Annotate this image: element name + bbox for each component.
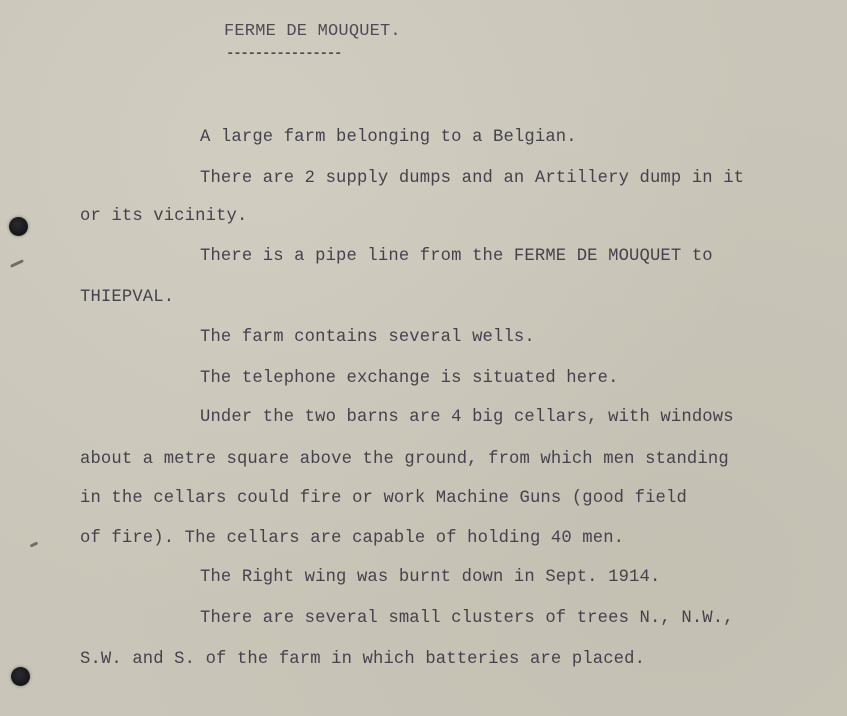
- punch-hole-top: [9, 217, 28, 236]
- document-title: FERME DE MOUQUET.: [224, 22, 401, 41]
- text-line: of fire). The cellars are capable of hol…: [80, 529, 624, 548]
- paper-mark: [10, 259, 24, 268]
- text-line: Under the two barns are 4 big cellars, w…: [200, 408, 734, 427]
- text-line: about a metre square above the ground, f…: [80, 450, 729, 469]
- text-line: There are 2 supply dumps and an Artiller…: [200, 169, 744, 188]
- title-underline: ----------------: [226, 46, 341, 62]
- document-page: FERME DE MOUQUET. ---------------- A lar…: [0, 0, 847, 716]
- text-line: The telephone exchange is situated here.: [200, 369, 619, 388]
- text-line: The farm contains several wells.: [200, 328, 535, 347]
- text-line: A large farm belonging to a Belgian.: [200, 128, 577, 147]
- text-line: The Right wing was burnt down in Sept. 1…: [200, 568, 660, 587]
- text-line: S.W. and S. of the farm in which batteri…: [80, 650, 645, 669]
- text-line: There are several small clusters of tree…: [200, 609, 734, 628]
- text-line: There is a pipe line from the FERME DE M…: [200, 247, 713, 266]
- paper-mark: [30, 541, 39, 547]
- punch-hole-bottom: [11, 667, 30, 686]
- text-line: or its vicinity.: [80, 207, 247, 226]
- text-line: THIEPVAL.: [80, 288, 174, 307]
- text-line: in the cellars could fire or work Machin…: [80, 489, 687, 508]
